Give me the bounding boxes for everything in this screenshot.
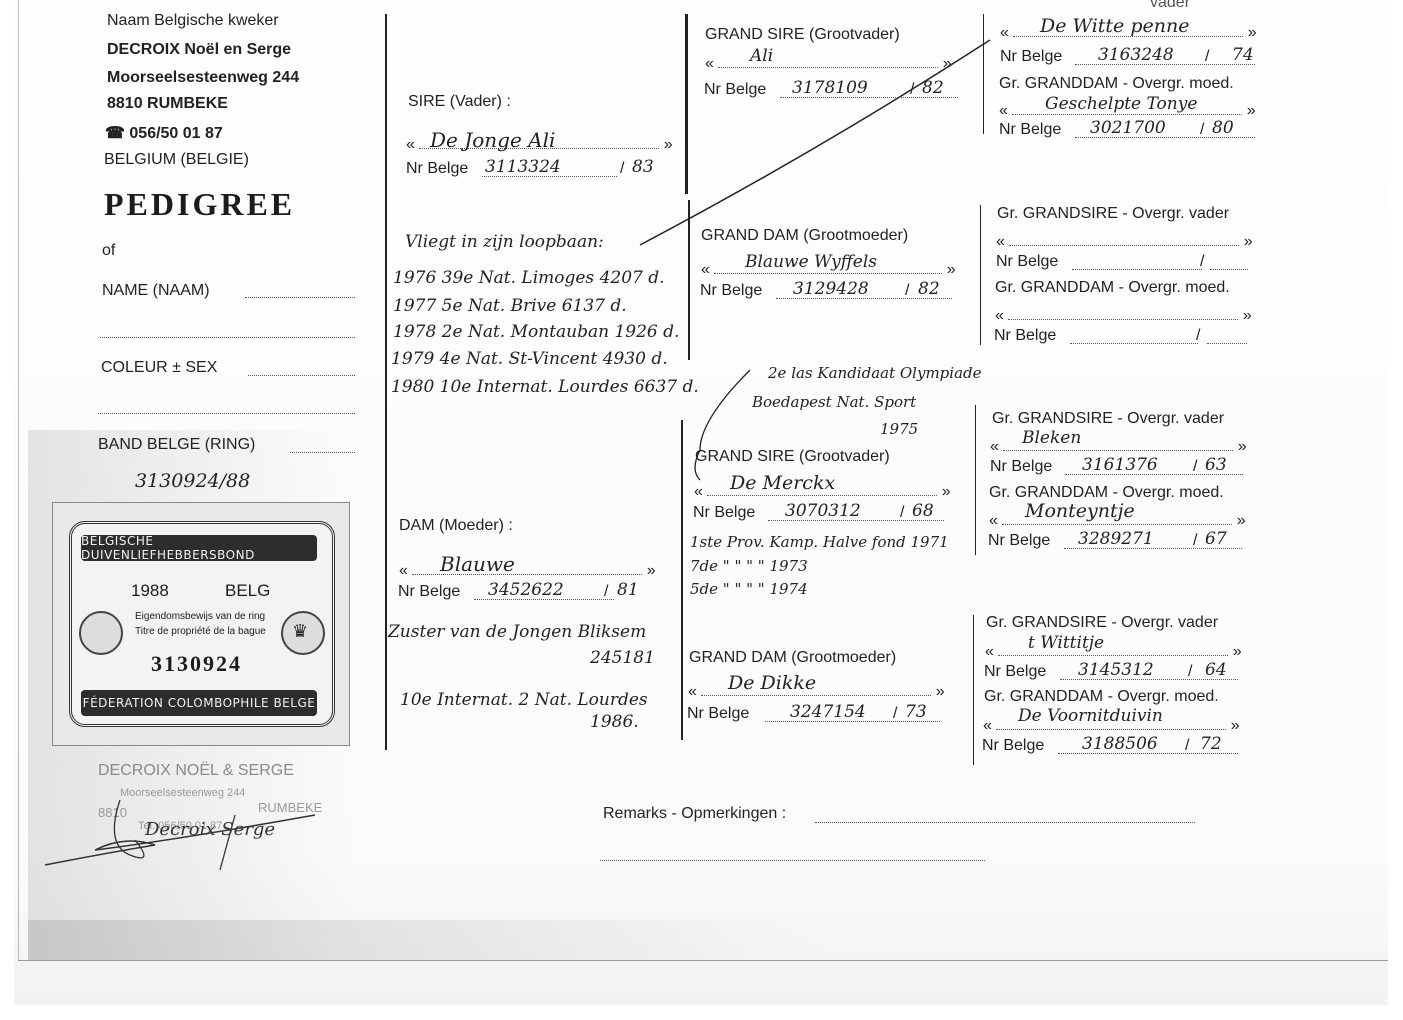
medallion-icon <box>79 611 123 655</box>
great-gs2-name-row[interactable]: « » <box>996 231 1253 251</box>
great-gs1-label-partial: vader <box>1150 0 1190 12</box>
grand-sire-1-name-row: « » <box>705 53 952 73</box>
great-gs4-name-row: « » <box>985 641 1242 661</box>
great-gs2-label: Gr. GRANDSIRE - Overgr. vader <box>997 205 1229 223</box>
grand-sire-2-note-above-2: 1975 <box>880 420 918 438</box>
certificate-bottom-band: FÉDERATION COLOMBOPHILE BELGE <box>81 690 317 716</box>
certificate-line2: Titre de propriété de la bague <box>135 626 266 637</box>
sire-note-4: 1979 4e Nat. St-Vincent 4930 d. <box>391 349 668 369</box>
dam-note-2: 10e Internat. 2 Nat. Lourdes <box>400 690 648 710</box>
grand-dam-2-name-row: « » <box>688 681 945 701</box>
sire-note-1: 1976 39e Nat. Limoges 4207 d. <box>393 268 665 288</box>
grand-dam-1-nr[interactable]: 3129428 <box>793 279 869 299</box>
grand-sire-2-note-below-0: 1ste Prov. Kamp. Halve fond 1971 <box>690 533 949 551</box>
great-gd2-year-field[interactable] <box>1207 329 1247 344</box>
grand-sire-1-nr-label: Nr Belge <box>704 81 766 99</box>
great-gs3-year[interactable]: 63 <box>1205 455 1227 475</box>
grand-sire-1-separator: / <box>910 81 914 99</box>
dam-nr-label: Nr Belge <box>398 583 460 601</box>
grand-sire-2-note-below-1: 7de " " " " 1973 <box>690 557 808 575</box>
dam-year[interactable]: 81 <box>617 580 639 600</box>
crown-icon: ♛ <box>281 611 325 655</box>
certificate-line1: Eigendomsbewijs van de ring <box>135 611 265 622</box>
great-gs3-label: Gr. GRANDSIRE - Overgr. vader <box>992 410 1224 428</box>
dam-name[interactable]: Blauwe <box>440 552 515 576</box>
breeder-name: DECROIX Noël en Serge <box>107 41 291 59</box>
grand-sire-1-label: GRAND SIRE (Grootvader) <box>705 26 900 44</box>
great-gd2-nr-label: Nr Belge <box>994 327 1056 345</box>
grand-dam-1-label: GRAND DAM (Grootmoeder) <box>701 227 908 245</box>
remarks-field[interactable] <box>815 808 1195 823</box>
grand-sire-2-nr-label: Nr Belge <box>693 504 755 522</box>
sire-nr-separator: / <box>620 160 624 178</box>
grand-dam-2-name[interactable]: De Dikke <box>728 672 816 694</box>
grand-sire-2-year[interactable]: 68 <box>912 501 934 521</box>
grand-dam-2-label: GRAND DAM (Grootmoeder) <box>689 649 896 667</box>
great-gs2-separator: / <box>1200 253 1204 271</box>
great-gs3-separator: / <box>1193 458 1197 476</box>
grand-dam-1-name[interactable]: Blauwe Wyffels <box>745 252 877 272</box>
breeder-city: 8810 RUMBEKE <box>107 95 228 113</box>
great-gs4-label: Gr. GRANDSIRE - Overgr. vader <box>986 614 1218 632</box>
grand-sire-2-label: GRAND SIRE (Grootvader) <box>695 448 890 466</box>
colour-sex-field-line2[interactable] <box>98 399 355 414</box>
great-gs1-separator: / <box>1205 48 1209 66</box>
svg-text:Decroix Serge: Decroix Serge <box>144 819 275 840</box>
certificate-top-band: BELGISCHE DUIVENLIEFHEBBERSBOND <box>81 535 317 561</box>
grand-sire-1-nr[interactable]: 3178109 <box>792 78 868 98</box>
certificate-country: BELG <box>225 581 270 601</box>
colour-sex-label: COLEUR ± SEX <box>101 359 217 377</box>
breeder-street: Moorseelsesteenweg 244 <box>107 69 299 87</box>
certificate-year: 1988 <box>131 581 169 601</box>
grand-sire-2-nr[interactable]: 3070312 <box>785 501 861 521</box>
dam-note-0: Zuster van de Jongen Bliksem <box>388 622 646 642</box>
dam-note-3: 1986. <box>590 712 639 732</box>
great-gs3-nr[interactable]: 3161376 <box>1082 455 1158 475</box>
certificate-number: 3130924 <box>151 651 242 677</box>
great-gs4-name[interactable]: t Wittitje <box>1028 633 1104 653</box>
breeder-country: BELGIUM (BELGIE) <box>104 151 249 169</box>
band-value[interactable]: 3130924/88 <box>135 470 250 492</box>
sire-year[interactable]: 83 <box>632 157 654 177</box>
grand-dam-1-year[interactable]: 82 <box>918 279 940 299</box>
great-gd4-label: Gr. GRANDDAM - Overgr. moed. <box>984 688 1219 706</box>
breeder-phone: 056/50 01 87 <box>129 125 222 142</box>
great-gs1-nr[interactable]: 3163248 <box>1098 45 1174 65</box>
great-gd3-year[interactable]: 67 <box>1205 529 1227 549</box>
great-gd1-label: Gr. GRANDDAM - Overgr. moed. <box>999 75 1234 93</box>
great-gs1-name[interactable]: De Witte penne <box>1040 15 1189 37</box>
sire-nr-label: Nr Belge <box>406 160 468 178</box>
grand-sire-1-name[interactable]: Ali <box>750 46 773 66</box>
great-gs4-year[interactable]: 64 <box>1205 660 1227 680</box>
dam-note-1: 245181 <box>590 648 655 668</box>
great-gd3-nr[interactable]: 3289271 <box>1078 529 1154 549</box>
ring-certificate: BELGISCHE DUIVENLIEFHEBBERSBOND 1988 BEL… <box>52 502 350 746</box>
sire-name[interactable]: De Jonge Ali <box>430 128 555 152</box>
colour-sex-field[interactable] <box>248 361 355 376</box>
dam-name-row: « » <box>399 560 656 580</box>
remarks-field-line2[interactable] <box>600 846 985 861</box>
great-gd2-nr-field[interactable] <box>1070 329 1198 344</box>
great-gd1-nr[interactable]: 3021700 <box>1090 118 1166 138</box>
great-gd4-nr-label: Nr Belge <box>982 737 1044 755</box>
remarks-label: Remarks - Opmerkingen : <box>603 805 786 823</box>
grand-sire-2-note-below-2: 5de " " " " 1974 <box>690 580 808 598</box>
band-label: BAND BELGE (RING) <box>98 436 255 454</box>
grand-sire-2-note-above-0: 2e las Kandidaat Olympiade <box>768 364 982 382</box>
great-gs2-year-field[interactable] <box>1210 255 1248 270</box>
dam-nr[interactable]: 3452622 <box>488 580 564 600</box>
great-gd4-separator: / <box>1185 737 1189 755</box>
dam-label: DAM (Moeder) : <box>399 517 513 535</box>
great-gs4-nr-label: Nr Belge <box>984 663 1046 681</box>
grand-dam-1-nr-label: Nr Belge <box>700 282 762 300</box>
great-gd1-nr-label: Nr Belge <box>999 121 1061 139</box>
great-gd1-separator: / <box>1200 121 1204 139</box>
great-gs4-separator: / <box>1188 663 1192 681</box>
great-gs3-name[interactable]: Bleken <box>1022 428 1081 448</box>
name-field[interactable] <box>245 283 355 298</box>
name-field-line2[interactable] <box>100 323 355 338</box>
grand-dam-2-nr-label: Nr Belge <box>687 705 749 723</box>
sire-label: SIRE (Vader) : <box>408 93 511 111</box>
grand-sire-2-name[interactable]: De Merckx <box>730 472 835 494</box>
grand-dam-2-nr[interactable]: 3247154 <box>790 702 866 722</box>
great-gs1-nr-label: Nr Belge <box>1000 48 1062 66</box>
telephone-icon: ☎ <box>105 125 125 142</box>
grand-sire-2-note-above-1: Boedapest Nat. Sport <box>752 393 916 411</box>
name-label: NAME (NAAM) <box>102 282 210 300</box>
breeder-phone-row: ☎ 056/50 01 87 <box>105 123 223 143</box>
signature: Decroix Serge <box>35 795 335 875</box>
great-gs4-nr[interactable]: 3145312 <box>1078 660 1154 680</box>
great-gd3-separator: / <box>1193 532 1197 550</box>
great-gd3-name[interactable]: Monteyntje <box>1025 500 1135 522</box>
band-field-dots <box>290 438 355 453</box>
sire-note-5: 1980 10e Internat. Lourdes 6637 d. <box>391 377 699 397</box>
great-gd4-nr[interactable]: 3188506 <box>1082 734 1158 754</box>
grand-dam-2-separator: / <box>893 705 897 723</box>
of-label: of <box>102 242 115 260</box>
great-gd4-name[interactable]: De Voornitduivin <box>1018 706 1163 726</box>
great-gd1-name[interactable]: Geschelpte Tonye <box>1045 94 1197 114</box>
great-gd2-name-row[interactable]: « » <box>995 305 1252 325</box>
great-gs1-year[interactable]: 74 <box>1232 45 1254 65</box>
sire-nr[interactable]: 3113324 <box>485 157 561 177</box>
great-gs3-nr-label: Nr Belge <box>990 458 1052 476</box>
grand-dam-2-year[interactable]: 73 <box>905 702 927 722</box>
great-gd2-separator: / <box>1196 327 1200 345</box>
great-gd1-year[interactable]: 80 <box>1212 118 1234 138</box>
great-gs2-nr-label: Nr Belge <box>996 253 1058 271</box>
great-gd3-nr-label: Nr Belge <box>988 532 1050 550</box>
grand-sire-1-year[interactable]: 82 <box>922 78 944 98</box>
sire-note-3: 1978 2e Nat. Montauban 1926 d. <box>393 322 679 342</box>
stamp-name: DECROIX NOËL & SERGE <box>98 762 294 780</box>
grand-sire-2-separator: / <box>900 504 904 522</box>
sire-note-2: 1977 5e Nat. Brive 6137 d. <box>393 296 627 316</box>
dam-nr-separator: / <box>604 583 608 601</box>
grand-dam-1-separator: / <box>905 282 909 300</box>
breeder-label: Naam Belgische kweker <box>107 12 279 30</box>
great-gd2-label: Gr. GRANDDAM - Overgr. moed. <box>995 279 1230 297</box>
great-gd4-year[interactable]: 72 <box>1200 734 1222 754</box>
great-gs2-nr-field[interactable] <box>1072 255 1202 270</box>
sire-note-0: Vliegt in zijn loopbaan: <box>405 232 604 252</box>
page-title: PEDIGREE <box>104 186 295 223</box>
